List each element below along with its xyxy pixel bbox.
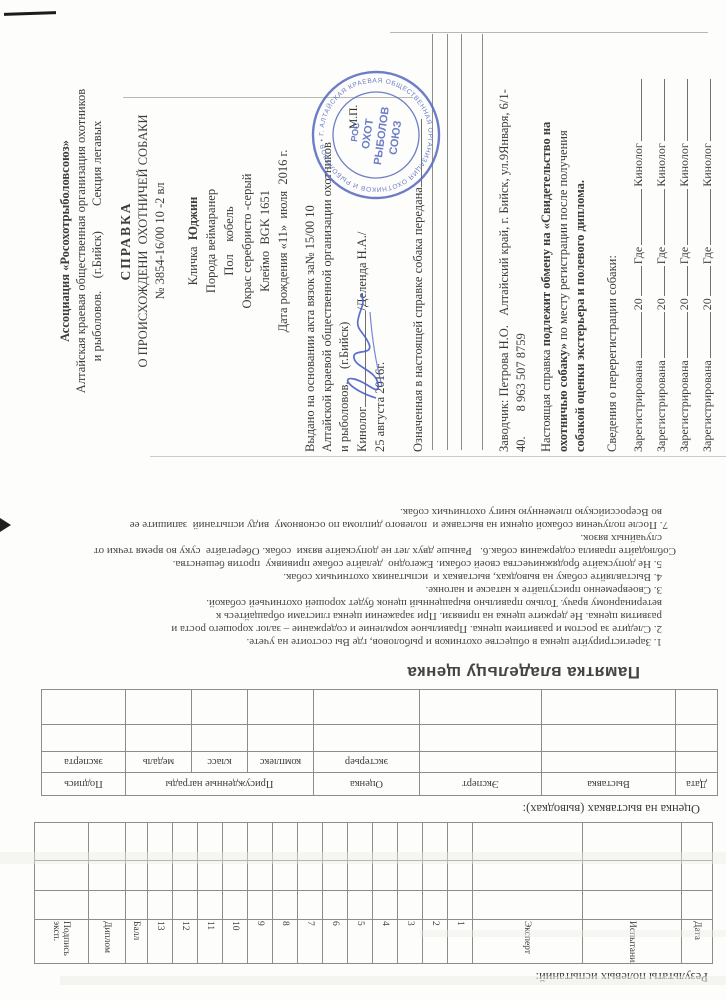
- shows-header-row-2: экстерьер комплекс класс медаль эксперта: [41, 752, 717, 773]
- trials-empty-row: [35, 891, 713, 920]
- memo-line: ветеринарному врачу. Только правильно вы…: [206, 596, 662, 609]
- memo-line: 3. Своевременно приступайте к натаске и …: [425, 583, 662, 596]
- rereg-title: Сведения о перерегистрации собаки:: [605, 30, 620, 452]
- memo-line: во Всероссийскую племенную книгу охотнич…: [400, 505, 662, 518]
- scanned-document-page: Ассоциация «Росохотрыболовсоюз» Алтайска…: [0, 0, 726, 1000]
- dog-name: Юджин: [186, 197, 200, 241]
- certificate-number: № 3854-16/00 10 -2 вл: [153, 30, 168, 452]
- ruled-blank-line: [461, 34, 462, 450]
- rereg-row: Зарегистрирована20ГдеКинолог: [676, 32, 692, 452]
- paper-edge-line: [390, 32, 708, 33]
- trials-header-row: Дата Испытания Эксперт 1 2 3 4 5 6 7 8 9…: [35, 920, 713, 964]
- certificate-title: СПРАВКА: [118, 30, 133, 452]
- scan-streak: [0, 852, 726, 864]
- stamp-center-line: РОС: [349, 121, 362, 142]
- scan-arrow-artifact: [0, 518, 11, 532]
- breeder-line-1: Заводчик: Петрова Н.О. Алтайский край, г…: [497, 30, 512, 452]
- dog-sex-line: Пол кобель: [222, 30, 237, 452]
- show-rating-title: Оценка на выставках (выводках):: [523, 801, 700, 816]
- memo-panel: Результаты полевых испытаний: Дата Испыт…: [0, 490, 726, 1000]
- dog-brand-line: Клеймо BGK 1651: [258, 30, 273, 452]
- ruled-blank-line: [482, 34, 483, 450]
- memo-line: 5. Не допускайте бродяжничества своей со…: [173, 557, 662, 570]
- field-trials-table: Дата Испытания Эксперт 1 2 3 4 5 6 7 8 9…: [34, 822, 713, 964]
- memo-line: 2. Следите за ростом и развитием щенка. …: [171, 622, 662, 635]
- memo-half: Результаты полевых испытаний: Дата Испыт…: [0, 490, 726, 1000]
- dog-breed-line: Порода веймаранер: [204, 30, 219, 452]
- shows-empty-row: [41, 690, 717, 725]
- org-line-3: и рыболовов. (г.Бийск) Секция легавых: [90, 30, 105, 452]
- memo-line: 1. Зарегистрируйте щенка в обществе охот…: [246, 635, 662, 648]
- dog-color-line: Окрас серебристо -серый: [240, 30, 255, 452]
- breeder-line-2: 40. 8 963 507 8759: [514, 30, 529, 452]
- certificate-panel: Ассоциация «Росохотрыболовсоюз» Алтайска…: [0, 0, 726, 490]
- memo-heading: Памятка владельцу щенка: [407, 662, 640, 682]
- memo-line: Соблюдайте правила содержания собак.6. Р…: [94, 544, 676, 557]
- org-line-2: Алтайская краевая общественная организац…: [74, 30, 89, 452]
- scan-streak: [60, 976, 726, 985]
- rereg-row: Зарегистрирована20ГдеКинолог: [630, 32, 646, 452]
- certificate-half: Ассоциация «Росохотрыболовсоюз» Алтайска…: [0, 0, 726, 490]
- shows-header-row-1: Дата Выставка Эксперт Оценка Присужденны…: [41, 773, 717, 796]
- trials-empty-row: [35, 861, 713, 891]
- exchange-line-2: охотничью собаку» по месту регистрации п…: [556, 30, 571, 452]
- paper-edge-line: [150, 456, 726, 457]
- shows-empty-row: [41, 725, 717, 752]
- dog-name-line: Кличка Юджин: [186, 30, 201, 452]
- handwritten-signature: [336, 290, 388, 408]
- rereg-row: Зарегистрирована20ГдеКинолог: [653, 32, 669, 452]
- show-rating-table: Дата Выставка Эксперт Оценка Присужденны…: [41, 689, 718, 796]
- organization-stamp: АЛТАЙСКАЯ КРАЕВАЯ ОБЩЕСТВЕННАЯ ОРГАНИЗАЦ…: [301, 60, 450, 209]
- memo-line: 4. Выставляйте собаку на выводках, выста…: [283, 570, 662, 583]
- scan-streak: [420, 930, 726, 937]
- certificate-subtitle: О ПРОИСХОЖДЕНИ ОХОТНИЧЕЙ СОБАКИ: [136, 30, 151, 452]
- exchange-line-3: собакой оценки экстерьера и полевого дип…: [573, 30, 588, 452]
- rereg-row: Зарегистрирована20ГдеКинолог: [699, 32, 715, 452]
- memo-line: случайных вязок.: [580, 531, 662, 544]
- exchange-line-1: Настоящая справка подлежит обмену на «Св…: [539, 30, 554, 452]
- memo-line: 7. После получения собакой оценки на выс…: [130, 518, 668, 531]
- org-line-1: Ассоциация «Росохотрыболовсоюз»: [58, 30, 73, 452]
- memo-line: развития щенка. Не держите щенка на прив…: [216, 609, 662, 622]
- stamp-center-line: СОЮЗ: [387, 120, 404, 156]
- dog-birth-line: Дата рождения «11» июля 2016 г.: [276, 30, 291, 452]
